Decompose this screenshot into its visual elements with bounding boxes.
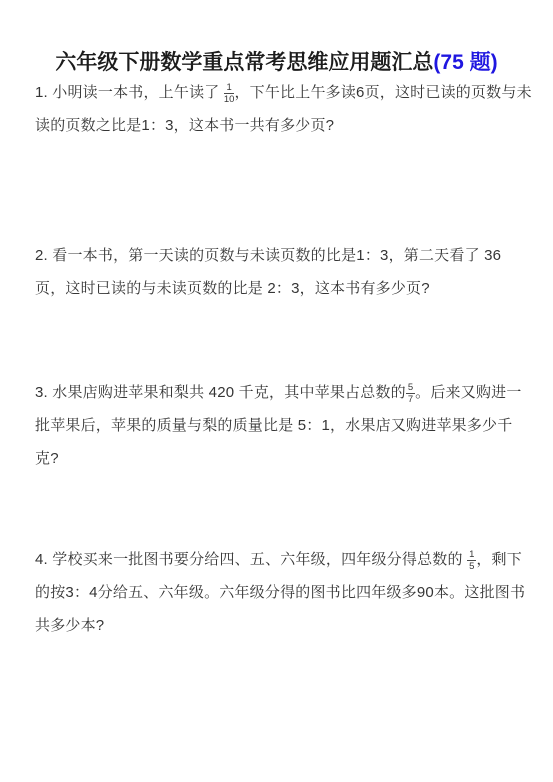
problem-3-line-2: 批苹果后，苹果的质量与梨的质量比是 5：1，水果店又购进苹果多少千 [35, 409, 553, 442]
problem-1-text-pre: 1. 小明读一本书，上午读了 [35, 84, 224, 101]
fraction-numerator: 1 [224, 83, 235, 95]
fraction-numerator: 5 [406, 383, 415, 395]
problem-3-line-1: 3. 水果店购进苹果和梨共 420 千克，其中苹果占总数的57。后来又购进一 [35, 376, 553, 409]
problem-1: 1. 小明读一本书，上午读了 110，下午比上午多读6页，这时已读的页数与未 读… [35, 76, 553, 142]
fraction-denominator: 5 [467, 561, 476, 572]
fraction-5-7: 57 [406, 383, 415, 405]
problem-1-line-1: 1. 小明读一本书，上午读了 110，下午比上午多读6页，这时已读的页数与未 [35, 76, 553, 109]
page-title-text: 六年级下册数学重点常考思维应用题汇总 [55, 51, 433, 74]
fraction-1-10: 110 [224, 83, 235, 105]
problem-1-line-2: 读的页数之比是1：3，这本书一共有多少页? [35, 109, 553, 142]
problem-4-line-1: 4. 学校买来一批图书要分给四、五、六年级，四年级分得总数的 15，剩下 [35, 543, 553, 576]
page-title-count: (75 题) [433, 51, 497, 74]
problem-3-line-3: 克? [35, 442, 553, 475]
problem-4: 4. 学校买来一批图书要分给四、五、六年级，四年级分得总数的 15，剩下 的按3… [35, 543, 553, 642]
fraction-numerator: 1 [467, 550, 476, 562]
worksheet-page: 六年级下册数学重点常考思维应用题汇总(75 题) 1. 小明读一本书，上午读了 … [0, 0, 553, 782]
problem-4-line-2: 的按3：4分给五、六年级。六年级分得的图书比四年级多90本。这批图书 [35, 576, 553, 609]
problem-4-text-post: ，剩下 [476, 551, 522, 568]
problem-3: 3. 水果店购进苹果和梨共 420 千克，其中苹果占总数的57。后来又购进一 批… [35, 376, 553, 475]
problem-2-line-2: 页，这时已读的与未读页数的比是 2：3，这本书有多少页? [35, 272, 553, 305]
problem-2-line-1: 2. 看一本书，第一天读的页数与未读页数的比是1：3，第二天看了 36 [35, 239, 553, 272]
problem-1-text-post: ，下午比上午多读6页，这时已读的页数与未 [234, 84, 531, 101]
page-title: 六年级下册数学重点常考思维应用题汇总(75 题) [0, 48, 553, 78]
fraction-denominator: 7 [406, 394, 415, 405]
problem-4-text-pre: 4. 学校买来一批图书要分给四、五、六年级，四年级分得总数的 [35, 551, 467, 568]
problem-3-text-pre: 3. 水果店购进苹果和梨共 420 千克，其中苹果占总数的 [35, 384, 406, 401]
fraction-1-5: 15 [467, 550, 476, 572]
problem-3-text-post: 。后来又购进一 [415, 384, 521, 401]
problem-2: 2. 看一本书，第一天读的页数与未读页数的比是1：3，第二天看了 36 页，这时… [35, 239, 553, 305]
problem-4-line-3: 共多少本? [35, 609, 553, 642]
fraction-denominator: 10 [224, 94, 235, 105]
